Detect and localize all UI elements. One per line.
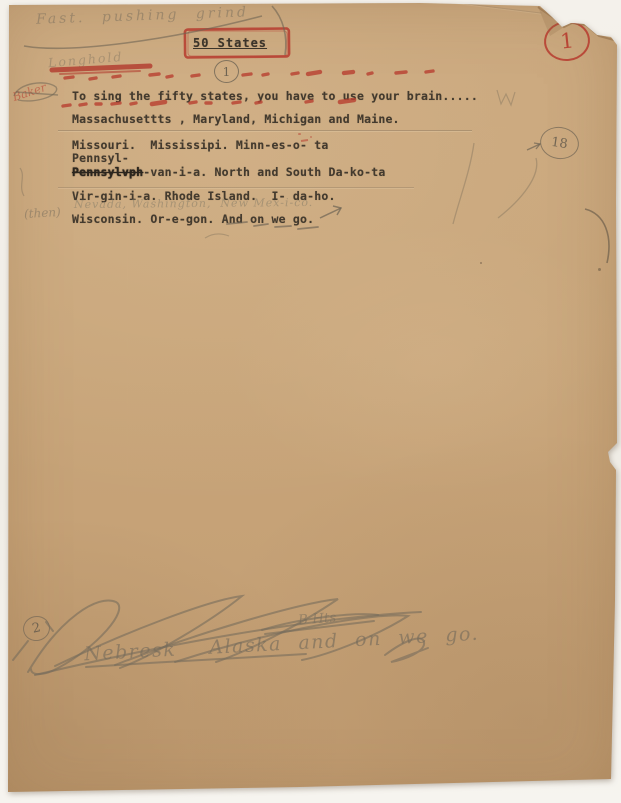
- pencil-emphasis-underlines: [227, 222, 318, 229]
- paper-shadow-wrap: 50 States To sing the fifty states, you …: [0, 0, 621, 803]
- pencil-arrow-to-18: [527, 143, 540, 150]
- pencil-faint-curves: [453, 143, 537, 224]
- pencil-bottom-scribbles: [13, 596, 428, 675]
- red-dash-row-2: [63, 100, 354, 106]
- scanned-page: 50 States To sing the fifty states, you …: [0, 0, 621, 803]
- red-tick: [301, 140, 308, 141]
- manuscript-paper: 50 States To sing the fifty states, you …: [0, 0, 621, 803]
- pencil-w-mark: [497, 90, 515, 105]
- pencil-right-curve: [585, 209, 609, 263]
- pencil-faint-arc: [205, 234, 229, 238]
- paper-speck: [553, 8, 556, 11]
- folded-corner-crease: [538, 7, 614, 40]
- pencil-margin-scribble: [14, 83, 58, 101]
- annotation-marks-layer: [0, 0, 621, 803]
- pencil-margin-squiggle: [20, 168, 24, 196]
- pencil-go-arrow: [320, 206, 341, 218]
- red-title-box: [185, 28, 289, 57]
- red-strike-underline: [52, 66, 150, 74]
